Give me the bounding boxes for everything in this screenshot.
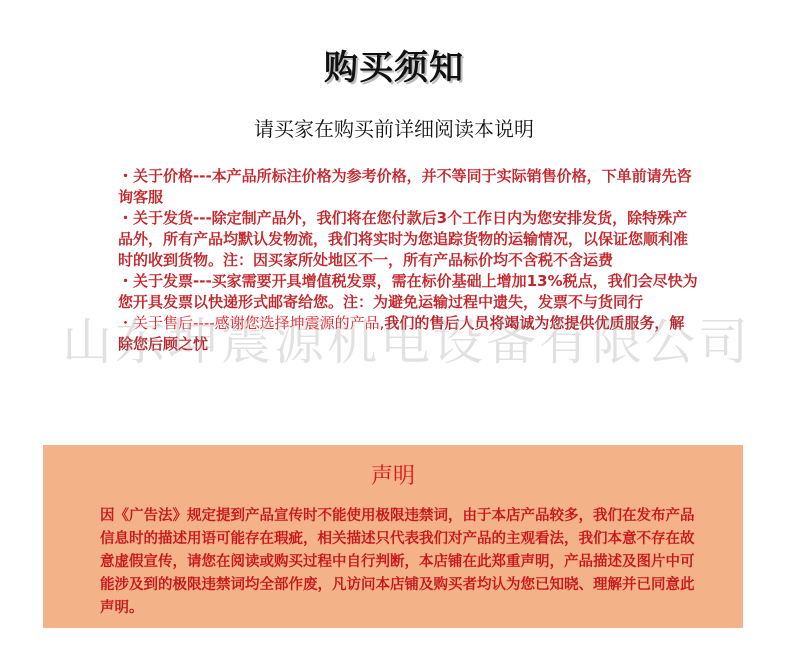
notice-after-sale: ・关于售后----感谢您选择坤震源的产品,我们的售后人员将竭诚为您提供优质服务，… [118,313,698,355]
notice-shipping: ・关于发货---除定制产品外，我们将在您付款后3个工作日内为您安排发货，除特殊产… [118,208,698,271]
after-sale-prefix: ・关于售后----感谢您选择坤震源的产品, [118,314,384,332]
notice-price: ・关于价格---本产品所标注价格为参考价格，并不等同于实际销售价格，下单前请先咨… [118,166,698,208]
notice-invoice: ・关于发票---买家需要开具增值税发票，需在标价基础上增加13%税点，我们会尽快… [118,271,698,313]
page-title: 购买须知 [0,40,788,89]
declaration-body: 因《广告法》规定提到产品宣传时不能使用极限违禁词，由于本店产品较多，我们在发布产… [100,505,700,620]
declaration-title: 声明 [43,459,743,490]
purchase-notice: ・关于价格---本产品所标注价格为参考价格，并不等同于实际销售价格，下单前请先咨… [118,166,698,355]
page-subtitle: 请买家在购买前详细阅读本说明 [0,113,788,142]
declaration-box: 声明 因《广告法》规定提到产品宣传时不能使用极限违禁词，由于本店产品较多，我们在… [43,445,743,628]
